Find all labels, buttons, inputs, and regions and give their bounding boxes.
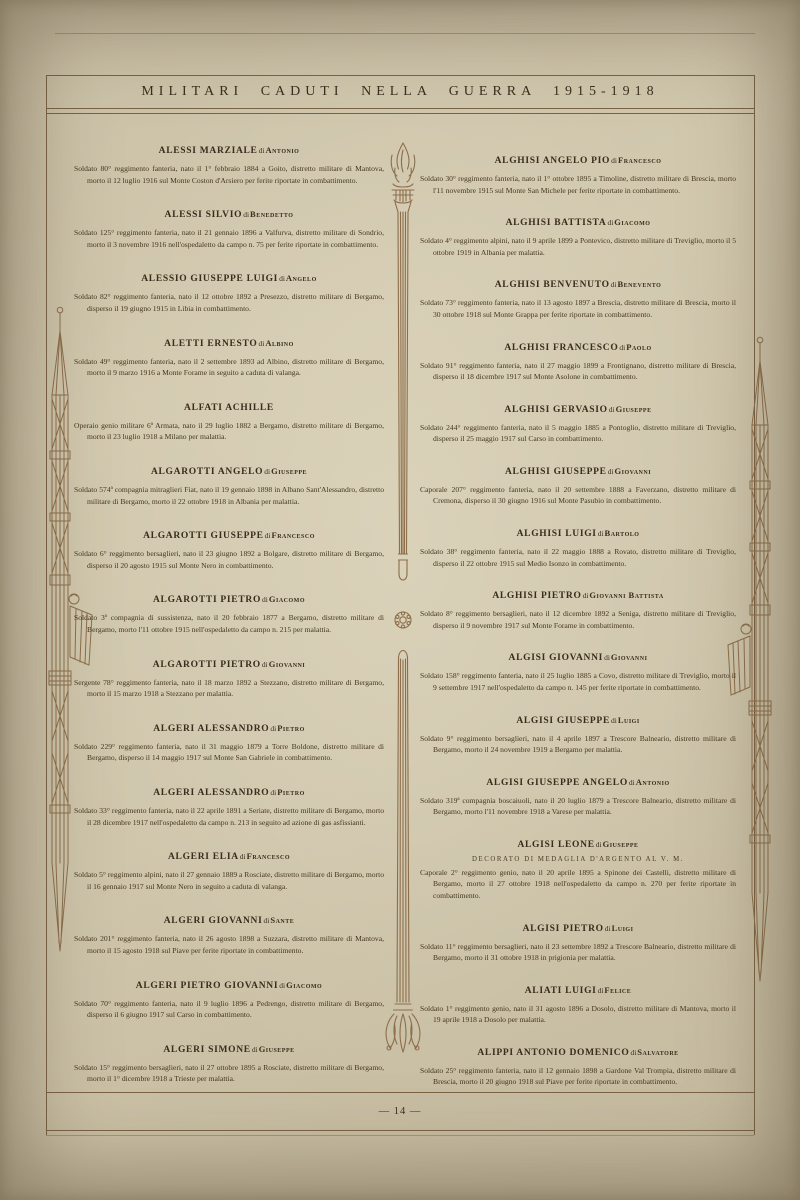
father-name: Sante	[270, 915, 294, 925]
soldier-entry: ALGERI ELIAdiFrancescoSoldato 5° reggime…	[74, 846, 384, 892]
soldier-entry: ALGERI ALESSANDROdiPietroSoldato 33° reg…	[74, 782, 384, 828]
scanned-book-page: MILITARI CADUTI NELLA GUERRA 1915-1918	[0, 0, 800, 1200]
father-name: Benevento	[618, 279, 662, 289]
soldier-name-heading: ALGERI GIOVANNIdiSante	[74, 910, 384, 928]
right-column: ALGHISI ANGELO PIOdiFrancescoSoldato 30°…	[420, 150, 736, 1088]
soldier-name: ALESSI SILVIO	[165, 210, 243, 220]
soldier-entry: ALGHISI FRANCESCOdiPaoloSoldato 91° regg…	[420, 337, 736, 383]
soldier-name-heading: ALGISI GIUSEPPEdiLuigi	[420, 710, 736, 728]
soldier-name-heading: ALGAROTTI PIETROdiGiacomo	[74, 589, 384, 607]
soldier-name: ALETTI ERNESTO	[164, 339, 257, 349]
soldier-name-heading: ALGISI PIETROdiLuigi	[420, 918, 736, 936]
content-top-line	[46, 113, 754, 114]
soldier-name: ALGHISI ANGELO PIO	[495, 156, 611, 166]
name-connector: di	[262, 660, 268, 669]
soldier-name-heading: ALGHISI GERVASIOdiGiuseppe	[420, 399, 736, 417]
footer-bottom-line	[46, 1130, 754, 1131]
soldier-name: ALGERI PIETRO GIOVANNI	[136, 981, 278, 991]
name-connector: di	[252, 1045, 258, 1054]
soldier-entry: ALGERI PIETRO GIOVANNIdiGiacomoSoldato 7…	[74, 975, 384, 1021]
father-name: Francesco	[618, 155, 661, 165]
soldier-name-heading: ALGERI ELIAdiFrancesco	[74, 846, 384, 864]
father-name: Giacomo	[269, 594, 305, 604]
soldier-entry: ALGAROTTI PIETROdiGiovanniSergente 78° r…	[74, 654, 384, 700]
soldier-name: ALGAROTTI GIUSEPPE	[143, 531, 264, 541]
page-number: — 14 —	[379, 1106, 422, 1117]
soldier-entry: ALGHISI ANGELO PIOdiFrancescoSoldato 30°…	[420, 150, 736, 196]
soldier-name: ALGERI SIMONE	[163, 1045, 251, 1055]
soldier-record-text: Soldato 4° reggimento alpini, nato il 9 …	[420, 235, 736, 258]
soldier-name: ALGHISI GERVASIO	[504, 405, 607, 415]
soldier-entry: ALETTI ERNESTOdiAlbinoSoldato 49° reggim…	[74, 333, 384, 379]
name-connector: di	[258, 339, 264, 348]
name-connector: di	[265, 531, 271, 540]
soldier-name: ALGHISI BENVENUTO	[495, 280, 610, 290]
father-name: Benedetto	[250, 209, 293, 219]
father-name: Bartolo	[605, 528, 640, 538]
soldier-name: ALGHISI LUIGI	[517, 529, 597, 539]
frame-left-line	[46, 75, 47, 1135]
name-connector: di	[583, 591, 589, 600]
soldier-entry: ALFATI ACHILLEOperaio genio militare 6ª …	[74, 397, 384, 443]
name-connector: di	[611, 280, 617, 289]
soldier-name: ALGERI GIOVANNI	[164, 916, 263, 926]
soldier-entry: ALGERI ALESSANDROdiPietroSoldato 229° re…	[74, 718, 384, 764]
soldier-record-text: Sergente 78° reggimento fanteria, nato i…	[74, 677, 384, 700]
soldier-name-heading: ALGERI PIETRO GIOVANNIdiGiacomo	[74, 975, 384, 993]
soldier-name: ALGISI GIUSEPPE	[516, 716, 610, 726]
name-connector: di	[270, 788, 276, 797]
name-connector: di	[611, 716, 617, 725]
soldier-record-text: Soldato 73° reggimento fanteria, nato il…	[420, 297, 736, 320]
frame-right-line	[754, 75, 755, 1135]
soldier-record-text: Soldato 201° reggimento fanteria, nato i…	[74, 933, 384, 956]
soldier-name-heading: ALGISI LEONEdiGiuseppe	[420, 834, 736, 852]
soldier-name: ALGISI GIOVANNI	[509, 653, 604, 663]
soldier-record-text: Soldato 5° reggimento alpini, nato il 27…	[74, 869, 384, 892]
soldier-name-heading: ALGHISI BENVENUTOdiBenevento	[420, 274, 736, 292]
soldier-entry: ALGHISI PIETROdiGiovanni BattistaSoldato…	[420, 585, 736, 631]
father-name: Giacomo	[286, 980, 322, 990]
soldier-record-text: Soldato 80° reggimento fanteria, nato il…	[74, 163, 384, 186]
soldier-entry: ALESSIO GIUSEPPE LUIGIdiAngeloSoldato 82…	[74, 268, 384, 314]
soldier-name: ALGISI PIETRO	[523, 924, 604, 934]
soldier-name: ALESSIO GIUSEPPE LUIGI	[141, 274, 278, 284]
torch-ornament	[381, 142, 425, 1062]
soldier-name-heading: ALGHISI FRANCESCOdiPaolo	[420, 337, 736, 355]
soldier-name-heading: ALGERI SIMONEdiGiuseppe	[74, 1039, 384, 1057]
soldier-record-text: Soldato 6° reggimento bersaglieri, nato …	[74, 548, 384, 571]
soldier-record-text: Soldato 25° reggimento fanteria, nato il…	[420, 1065, 736, 1088]
soldier-record-text: Soldato 91° reggimento fanteria, nato il…	[420, 360, 736, 383]
soldier-record-text: Soldato 574ª compagnia mitraglieri Fiat,…	[74, 484, 384, 507]
soldier-entry: ALGAROTTI PIETROdiGiacomoSoldato 3ª comp…	[74, 589, 384, 635]
father-name: Giovanni	[269, 659, 306, 669]
soldier-name: ALIPPI ANTONIO DOMENICO	[477, 1048, 629, 1058]
father-name: Pietro	[277, 787, 305, 797]
name-connector: di	[259, 146, 265, 155]
name-connector: di	[619, 343, 625, 352]
soldier-entry: ALGISI GIOVANNIdiGiovanniSoldato 158° re…	[420, 647, 736, 693]
frame-bottom-line	[46, 1135, 754, 1136]
name-connector: di	[609, 405, 615, 414]
father-name: Giovanni	[611, 652, 648, 662]
soldier-name-heading: ALGHISI GIUSEPPEdiGiovanni	[420, 461, 736, 479]
father-name: Giacomo	[614, 217, 650, 227]
soldier-name-heading: ALGHISI BATTISTAdiGiacomo	[420, 212, 736, 230]
soldier-entry: ALIATI LUIGIdiFeliceSoldato 1° reggiment…	[420, 980, 736, 1026]
father-name: Giuseppe	[616, 404, 652, 414]
name-connector: di	[279, 274, 285, 283]
name-connector: di	[605, 924, 611, 933]
soldier-record-text: Soldato 15° reggimento bersaglieri, nato…	[74, 1062, 384, 1085]
father-name: Giuseppe	[259, 1044, 295, 1054]
soldier-name-heading: ALESSI MARZIALEdiAntonio	[74, 140, 384, 158]
soldier-record-text: Soldato 33° reggimento fanteria, nato il…	[74, 805, 384, 828]
header-bottom-line	[46, 108, 754, 109]
soldier-entry: ALESSI MARZIALEdiAntonioSoldato 80° regg…	[74, 140, 384, 186]
soldier-entry: ALGAROTTI GIUSEPPEdiFrancescoSoldato 6° …	[74, 525, 384, 571]
soldier-record-text: Soldato 30° reggimento fanteria, nato il…	[420, 173, 736, 196]
soldier-name: ALFATI ACHILLE	[184, 403, 274, 413]
soldier-name-heading: ALETTI ERNESTOdiAlbino	[74, 333, 384, 351]
soldier-entry: ALGISI GIUSEPPEdiLuigiSoldato 9° reggime…	[420, 710, 736, 756]
name-connector: di	[607, 218, 613, 227]
soldier-record-text: Soldato 229° reggimento fanteria, nato i…	[74, 741, 384, 764]
name-connector: di	[264, 467, 270, 476]
soldier-name-heading: ALGERI ALESSANDROdiPietro	[74, 782, 384, 800]
soldier-entry: ALGHISI GIUSEPPEdiGiovanniCaporale 207° …	[420, 461, 736, 507]
soldier-entry: ALGISI LEONEdiGiuseppeDECORATO DI MEDAGL…	[420, 834, 736, 902]
honor-line: DECORATO DI MEDAGLIA D'ARGENTO AL V. M.	[420, 856, 736, 863]
soldier-entry: ALGISI PIETROdiLuigiSoldato 11° reggimen…	[420, 918, 736, 964]
soldier-name-heading: ALGHISI LUIGIdiBartolo	[420, 523, 736, 541]
name-connector: di	[598, 529, 604, 538]
soldier-name-heading: ALGISI GIOVANNIdiGiovanni	[420, 647, 736, 665]
father-name: Luigi	[612, 923, 634, 933]
soldier-entry: ALGERI SIMONEdiGiuseppeSoldato 15° reggi…	[74, 1039, 384, 1085]
soldier-entry: ALGHISI GERVASIOdiGiuseppeSoldato 244° r…	[420, 399, 736, 445]
soldier-entry: ALGHISI LUIGIdiBartoloSoldato 38° reggim…	[420, 523, 736, 569]
soldier-name-heading: ALGISI GIUSEPPE ANGELOdiAntonio	[420, 772, 736, 790]
father-name: Salvatore	[637, 1047, 678, 1057]
father-name: Paolo	[626, 342, 651, 352]
name-connector: di	[630, 1048, 636, 1057]
soldier-record-text: Soldato 38° reggimento fanteria, nato il…	[420, 546, 736, 569]
name-connector: di	[611, 156, 617, 165]
father-name: Giuseppe	[271, 466, 307, 476]
father-name: Angelo	[286, 273, 317, 283]
name-connector: di	[240, 852, 246, 861]
name-connector: di	[243, 210, 249, 219]
soldier-record-text: Soldato 158° reggimento fanteria, nato i…	[420, 670, 736, 693]
soldier-name: ALGERI ALESSANDRO	[153, 724, 269, 734]
soldier-name-heading: ALGHISI PIETROdiGiovanni Battista	[420, 585, 736, 603]
soldier-record-text: Soldato 11° reggimento bersaglieri, nato…	[420, 941, 736, 964]
name-connector: di	[264, 916, 270, 925]
soldier-name: ALGAROTTI ANGELO	[151, 467, 263, 477]
father-name: Felice	[604, 985, 631, 995]
name-connector: di	[629, 778, 635, 787]
soldier-name-heading: ALIATI LUIGIdiFelice	[420, 980, 736, 998]
soldier-entry: ALGERI GIOVANNIdiSanteSoldato 201° reggi…	[74, 910, 384, 956]
page-title: MILITARI CADUTI NELLA GUERRA 1915-1918	[141, 84, 658, 100]
soldier-record-text: Soldato 319ª compagnia boscaiuoli, nato …	[420, 795, 736, 818]
soldier-name: ALGHISI GIUSEPPE	[505, 467, 607, 477]
name-connector: di	[598, 986, 604, 995]
father-name: Giovanni	[615, 466, 652, 476]
soldier-name: ALGHISI FRANCESCO	[504, 343, 618, 353]
left-column: ALESSI MARZIALEdiAntonioSoldato 80° regg…	[74, 140, 384, 1085]
soldier-record-text: Soldato 125° reggimento fanteria, nato i…	[74, 227, 384, 250]
father-name: Francesco	[247, 851, 290, 861]
soldier-record-text: Soldato 1° reggimento genio, nato il 31 …	[420, 1003, 736, 1026]
page-edge-line	[55, 33, 755, 34]
soldier-record-text: Caporale 207° reggimento fanteria, nato …	[420, 484, 736, 507]
soldier-entry: ALGHISI BENVENUTOdiBeneventoSoldato 73° …	[420, 274, 736, 320]
father-name: Albino	[265, 338, 293, 348]
soldier-name-heading: ALGAROTTI PIETROdiGiovanni	[74, 654, 384, 672]
soldier-record-text: Soldato 3ª compagnia di sussistenza, nat…	[74, 612, 384, 635]
soldier-record-text: Soldato 70° reggimento fanteria, nato il…	[74, 998, 384, 1021]
name-connector: di	[262, 595, 268, 604]
name-connector: di	[279, 981, 285, 990]
soldier-name: ALGISI LEONE	[517, 840, 594, 850]
father-name: Giuseppe	[603, 839, 639, 849]
father-name: Giovanni Battista	[589, 590, 663, 600]
soldier-record-text: Soldato 49° reggimento fanteria, nato il…	[74, 356, 384, 379]
soldier-name-heading: ALESSIO GIUSEPPE LUIGIdiAngelo	[74, 268, 384, 286]
soldier-name: ALGAROTTI PIETRO	[153, 595, 261, 605]
father-name: Luigi	[618, 715, 640, 725]
name-connector: di	[270, 724, 276, 733]
soldier-name: ALGHISI PIETRO	[492, 591, 581, 601]
soldier-name: ALGERI ELIA	[168, 852, 239, 862]
soldier-entry: ALESSI SILVIOdiBenedettoSoldato 125° reg…	[74, 204, 384, 250]
name-connector: di	[596, 840, 602, 849]
soldier-name: ALIATI LUIGI	[525, 986, 597, 996]
soldier-record-text: Operaio genio militare 6ª Armata, nato i…	[74, 420, 384, 443]
soldier-name: ALESSI MARZIALE	[159, 146, 258, 156]
father-name: Francesco	[272, 530, 315, 540]
soldier-record-text: Soldato 8° reggimento bersaglieri, nato …	[420, 608, 736, 631]
page-header: MILITARI CADUTI NELLA GUERRA 1915-1918	[46, 75, 754, 108]
soldier-name: ALGISI GIUSEPPE ANGELO	[486, 778, 628, 788]
soldier-name-heading: ALFATI ACHILLE	[74, 397, 384, 415]
soldier-name: ALGHISI BATTISTA	[506, 218, 607, 228]
soldier-record-text: Soldato 244° reggimento fanteria, nato i…	[420, 422, 736, 445]
soldier-record-text: Soldato 82° reggimento fanteria, nato il…	[74, 291, 384, 314]
page-footer: — 14 —	[46, 1092, 754, 1130]
father-name: Antonio	[265, 145, 299, 155]
soldier-name-heading: ALGERI ALESSANDROdiPietro	[74, 718, 384, 736]
soldier-entry: ALGHISI BATTISTAdiGiacomoSoldato 4° regg…	[420, 212, 736, 258]
soldier-record-text: Caporale 2° reggimento genio, nato il 20…	[420, 867, 736, 902]
father-name: Pietro	[277, 723, 305, 733]
soldier-name-heading: ALGAROTTI GIUSEPPEdiFrancesco	[74, 525, 384, 543]
soldier-name: ALGAROTTI PIETRO	[153, 660, 261, 670]
soldier-entry: ALIPPI ANTONIO DOMENICOdiSalvatoreSoldat…	[420, 1042, 736, 1088]
soldier-name-heading: ALGHISI ANGELO PIOdiFrancesco	[420, 150, 736, 168]
name-connector: di	[604, 653, 610, 662]
soldier-entry: ALGAROTTI ANGELOdiGiuseppeSoldato 574ª c…	[74, 461, 384, 507]
soldier-name: ALGERI ALESSANDRO	[153, 788, 269, 798]
soldier-entry: ALGISI GIUSEPPE ANGELOdiAntonioSoldato 3…	[420, 772, 736, 818]
name-connector: di	[608, 467, 614, 476]
soldier-name-heading: ALESSI SILVIOdiBenedetto	[74, 204, 384, 222]
soldier-name-heading: ALGAROTTI ANGELOdiGiuseppe	[74, 461, 384, 479]
father-name: Antonio	[636, 777, 670, 787]
soldier-record-text: Soldato 9° reggimento bersaglieri, nato …	[420, 733, 736, 756]
soldier-name-heading: ALIPPI ANTONIO DOMENICOdiSalvatore	[420, 1042, 736, 1060]
